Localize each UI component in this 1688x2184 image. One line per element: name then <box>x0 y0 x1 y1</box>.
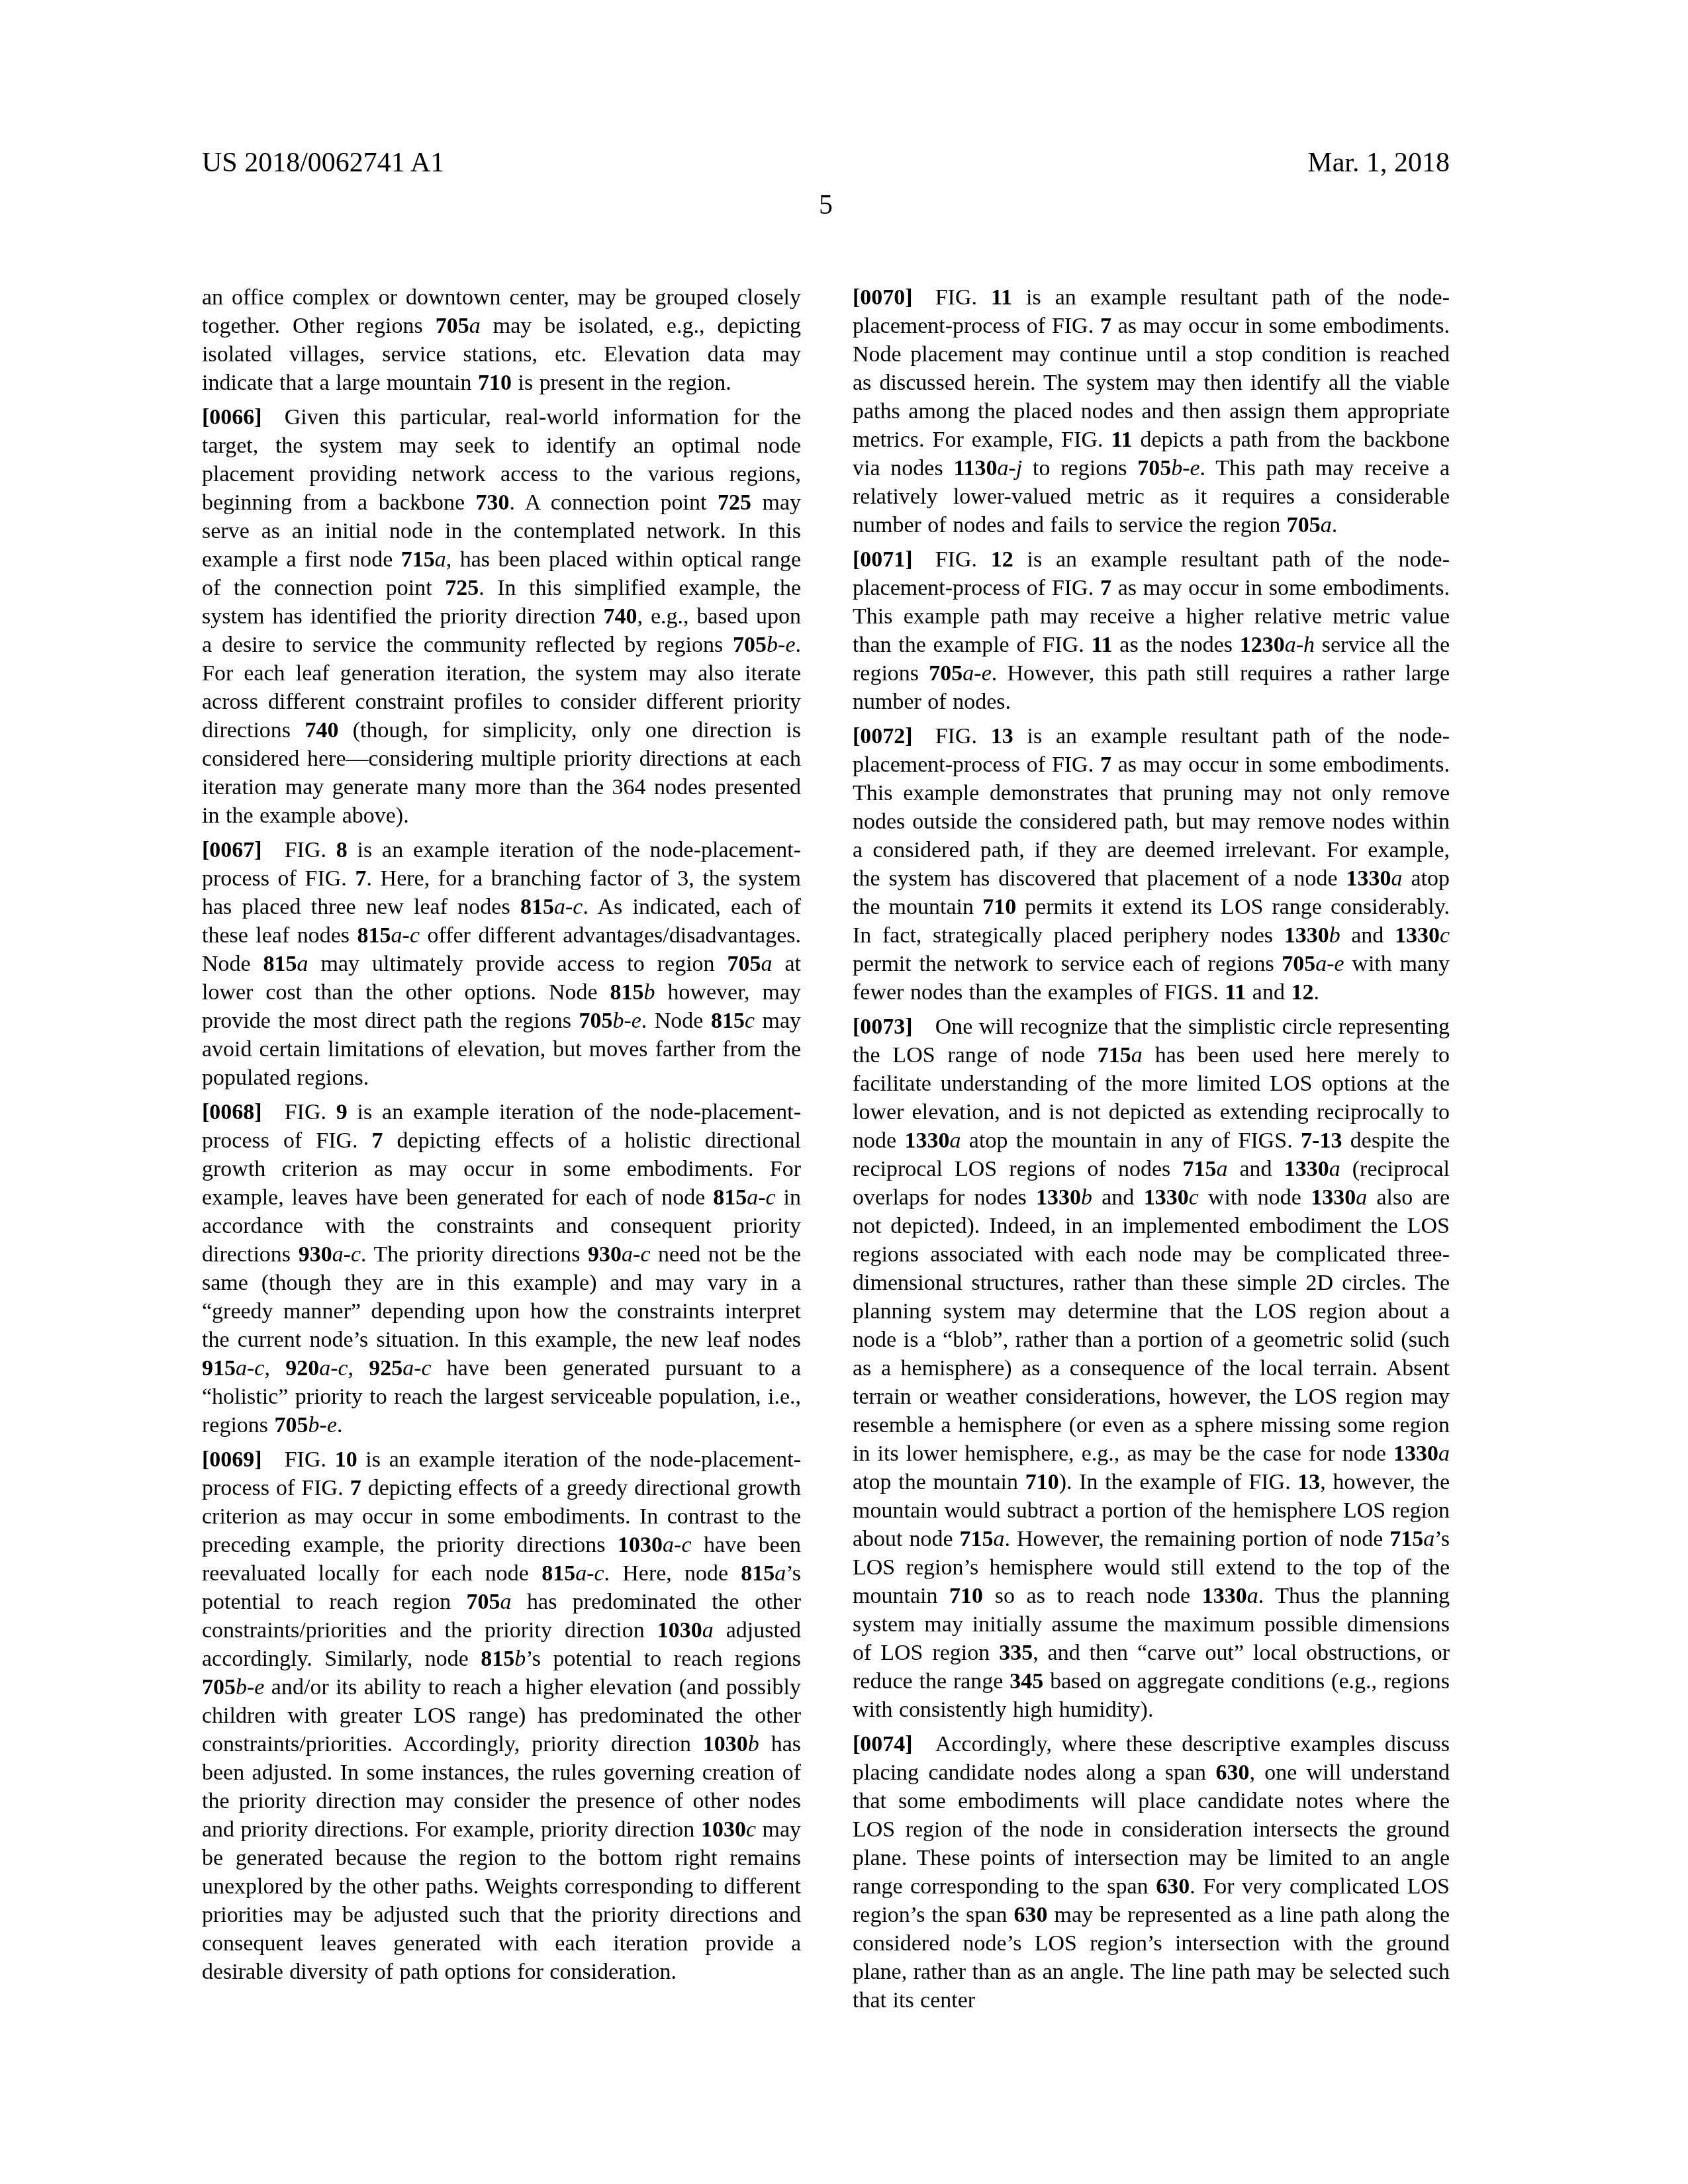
body-columns: an office complex or downtown center, ma… <box>202 283 1450 2015</box>
left-column: an office complex or downtown center, ma… <box>202 283 801 2015</box>
paragraph-0069: [0069] FIG. 10 is an example iteration o… <box>202 1445 801 1986</box>
page-header: US 2018/0062741 A1 Mar. 1, 2018 <box>202 147 1450 179</box>
paragraph-0074: [0074] Accordingly, where these descript… <box>853 1730 1450 2015</box>
patent-page: US 2018/0062741 A1 Mar. 1, 2018 5 an off… <box>0 0 1688 2184</box>
paragraph-0073: [0073] One will recognize that the simpl… <box>853 1013 1450 1724</box>
paragraph-0071: [0071] FIG. 12 is an example resultant p… <box>853 545 1450 716</box>
paragraph-0072: [0072] FIG. 13 is an example resultant p… <box>853 722 1450 1007</box>
paragraph-0066: [0066] Given this particular, real-world… <box>202 403 801 830</box>
paragraph-0070: [0070] FIG. 11 is an example resultant p… <box>853 283 1450 539</box>
page-number: 5 <box>202 189 1450 221</box>
right-column: [0070] FIG. 11 is an example resultant p… <box>853 283 1450 2015</box>
patent-number: US 2018/0062741 A1 <box>202 147 444 179</box>
publication-date: Mar. 1, 2018 <box>1307 147 1450 179</box>
paragraph-0068: [0068] FIG. 9 is an example iteration of… <box>202 1098 801 1439</box>
paragraph-continuation: an office complex or downtown center, ma… <box>202 283 801 397</box>
paragraph-0067: [0067] FIG. 8 is an example iteration of… <box>202 836 801 1092</box>
